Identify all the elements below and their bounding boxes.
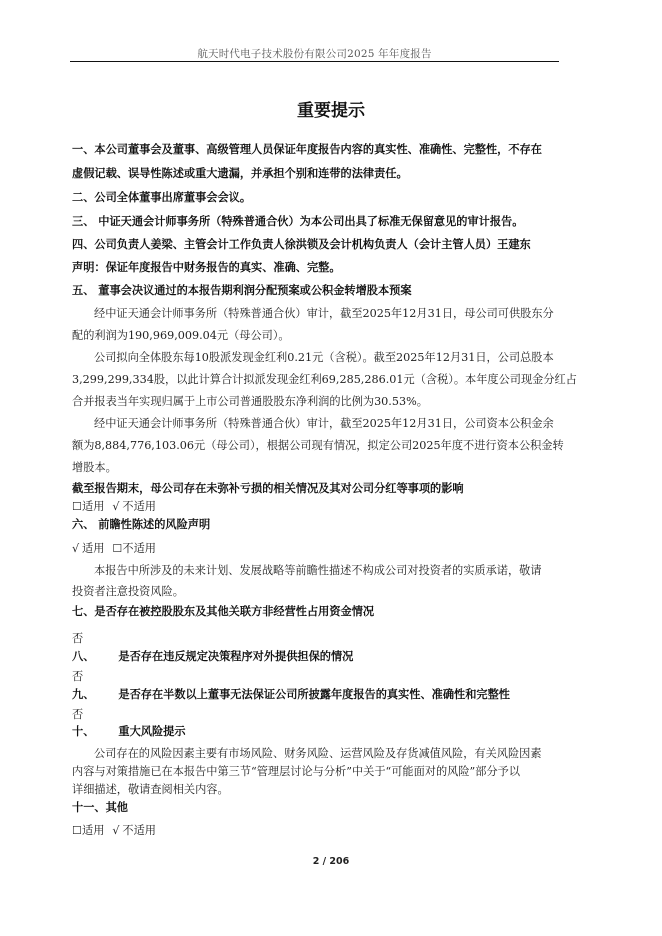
checkmark-icon: √	[72, 542, 82, 555]
section-5-para-3-line-3: 增股本。	[72, 459, 117, 475]
section-3: 三、 中证天通会计师事务所（特殊普通合伙）为本公司出具了标准无保留意见的审计报告…	[72, 213, 523, 229]
section-2: 二、公司全体董事出席董事会会议。	[72, 189, 251, 205]
section-5-para-3-line-2: 额为8,884,776,103.06元（母公司），根据公司现有情况，拟定公司20…	[72, 437, 564, 453]
applicable-label: 适用	[82, 500, 104, 513]
section-4-line-2: 声明：保证年度报告中财务报告的真实、准确、完整。	[72, 259, 341, 275]
uncovered-loss-heading: 截至报告期末，母公司存在未弥补亏损的相关情况及其对公司分红等事项的影响	[72, 480, 464, 496]
section-11-applicability: ☐适用√不适用	[72, 822, 156, 838]
section-10-para-line-1: 公司存在的风险因素主要有市场风险、财务风险、运营风险及存货减值风险，有关风险因素	[94, 745, 542, 761]
section-10-title: 重大风险提示	[118, 725, 185, 738]
section-7-answer: 否	[72, 630, 83, 646]
checkbox-unchecked-icon: ☐	[72, 500, 82, 513]
applicable-label: 适用	[82, 824, 104, 837]
section-10-para-line-3: 详细描述，敬请查阅相关内容。	[72, 781, 229, 797]
checkbox-unchecked-icon: ☐	[72, 824, 82, 837]
checkmark-icon: √	[112, 824, 122, 837]
section-6-para-line-2: 投资者注意投资风险。	[72, 583, 184, 599]
not-applicable-label: 不适用	[122, 542, 156, 555]
section-9-answer: 否	[72, 706, 83, 722]
uncovered-loss-applicability: ☐适用√不适用	[72, 498, 156, 514]
section-9-heading: 九、是否存在半数以上董事无法保证公司所披露年度报告的真实性、准确性和完整性	[72, 686, 510, 702]
section-8-number: 八、	[72, 650, 94, 663]
section-5-para-1-line-2: 配的利润为190,969,009.04元（母公司）。	[72, 327, 290, 343]
page-title: 重要提示	[0, 96, 662, 121]
section-6-applicability: √适用☐不适用	[72, 540, 156, 556]
section-5-para-2-line-3: 合并报表当年实现归属于上市公司普通股股东净利润的比例为30.53%。	[72, 393, 428, 409]
section-7-heading: 七、是否存在被控股股东及其他关联方非经营性占用资金情况	[72, 603, 374, 619]
section-9-number: 九、	[72, 688, 94, 701]
section-11-heading: 十一、其他	[72, 799, 128, 815]
section-10-para-line-2: 内容与对策措施已在本报告中第三节“管理层讨论与分析”中关于“可能面对的风险”部分…	[72, 763, 520, 779]
section-10-number: 十、	[72, 725, 94, 738]
section-4-line-1: 四、公司负责人姜梁、主管会计工作负责人徐洪锁及会计机构负责人（会计主管人员）王建…	[72, 236, 531, 252]
section-5-para-3-line-1: 经中证天通会计师事务所（特殊普通合伙）审计，截至2025年12月31日，公司资本…	[94, 415, 554, 431]
section-8-heading: 八、是否存在违反规定决策程序对外提供担保的情况	[72, 648, 353, 664]
applicable-label: 适用	[82, 542, 104, 555]
section-5-para-1-line-1: 经中证天通会计师事务所（特殊普通合伙）审计，截至2025年12月31日，母公司可…	[94, 305, 554, 321]
page-number: 2 / 206	[0, 856, 662, 867]
checkmark-icon: √	[112, 500, 122, 513]
section-6-heading: 六、 前瞻性陈述的风险声明	[72, 516, 210, 532]
not-applicable-label: 不适用	[122, 824, 156, 837]
section-8-answer: 否	[72, 668, 83, 684]
running-header: 航天时代电子技术股份有限公司2025 年年度报告	[70, 46, 559, 61]
checkbox-unchecked-icon: ☐	[112, 542, 122, 555]
section-5-para-2-line-2: 3,299,299,334股，以此计算合计拟派发现金红利69,285,286.0…	[72, 371, 577, 387]
header-divider	[70, 61, 559, 62]
section-10-heading: 十、重大风险提示	[72, 723, 186, 739]
section-9-title: 是否存在半数以上董事无法保证公司所披露年度报告的真实性、准确性和完整性	[118, 688, 510, 701]
section-1-line-2: 虚假记载、误导性陈述或重大遗漏，并承担个别和连带的法律责任。	[72, 165, 408, 181]
not-applicable-label: 不适用	[122, 500, 156, 513]
section-1-line-1: 一、本公司董事会及董事、高级管理人员保证年度报告内容的真实性、准确性、完整性，不…	[72, 141, 542, 157]
section-5-heading: 五、 董事会决议通过的本报告期利润分配预案或公积金转增股本预案	[72, 282, 412, 298]
section-5-para-2-line-1: 公司拟向全体股东每10股派发现金红利0.21元（含税）。截至2025年12月31…	[94, 349, 554, 365]
section-8-title: 是否存在违反规定决策程序对外提供担保的情况	[118, 650, 353, 663]
section-6-para-line-1: 本报告中所涉及的未来计划、发展战略等前瞻性描述不构成公司对投资者的实质承诺，敬请	[94, 562, 542, 578]
